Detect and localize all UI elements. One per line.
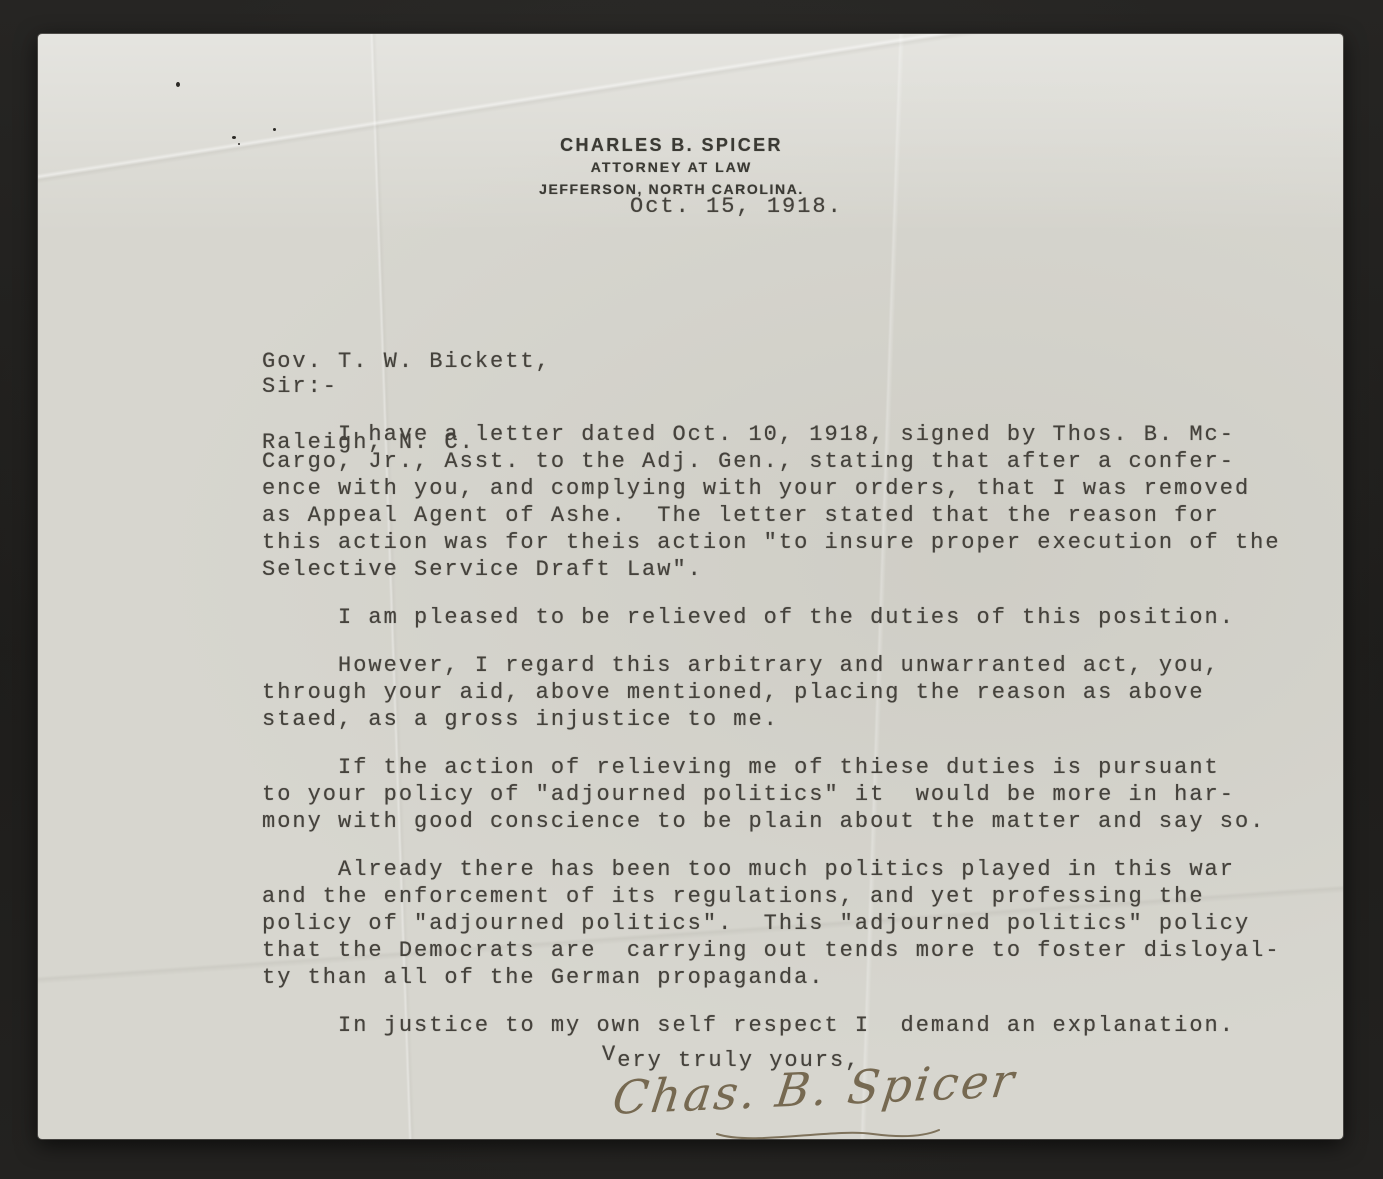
date-line: Oct. 15, 1918.	[630, 193, 843, 220]
body-paragraph: I have a letter dated Oct. 10, 1918, sig…	[262, 421, 1322, 583]
letter-body: I have a letter dated Oct. 10, 1918, sig…	[262, 421, 1322, 1060]
body-paragraph: In justice to my own self respect I dema…	[262, 1012, 1322, 1039]
letterhead-name: CHARLES B. SPICER	[19, 134, 1324, 156]
paper-speck	[273, 128, 276, 131]
letterhead-title: ATTORNEY AT LAW	[19, 156, 1324, 178]
body-paragraph: I am pleased to be relieved of the dutie…	[262, 604, 1322, 631]
body-paragraph: However, I regard this arbitrary and unw…	[262, 652, 1322, 733]
paper-speck	[176, 82, 180, 87]
paper-speck	[238, 143, 240, 145]
closing-rest: ery truly yours,	[617, 1048, 860, 1073]
recipient-line-1: Gov. T. W. Bickett,	[262, 348, 551, 375]
body-paragraph: Already there has been too much politics…	[262, 856, 1322, 991]
scan-background: CHARLES B. SPICER ATTORNEY AT LAW JEFFER…	[0, 0, 1383, 1179]
signature: Chas. B. Spicer	[613, 1062, 1083, 1157]
letterhead: CHARLES B. SPICER ATTORNEY AT LAW JEFFER…	[19, 134, 1324, 200]
letter-page: CHARLES B. SPICER ATTORNEY AT LAW JEFFER…	[38, 34, 1343, 1139]
signature-underline-flourish	[713, 1124, 943, 1150]
body-paragraph: If the action of relieving me of thiese …	[262, 754, 1322, 835]
closing-initial: V	[602, 1042, 617, 1067]
salutation: Sir:-	[262, 373, 338, 400]
closing-line: Very truly yours,	[602, 1047, 860, 1074]
paper-speck	[232, 136, 236, 139]
